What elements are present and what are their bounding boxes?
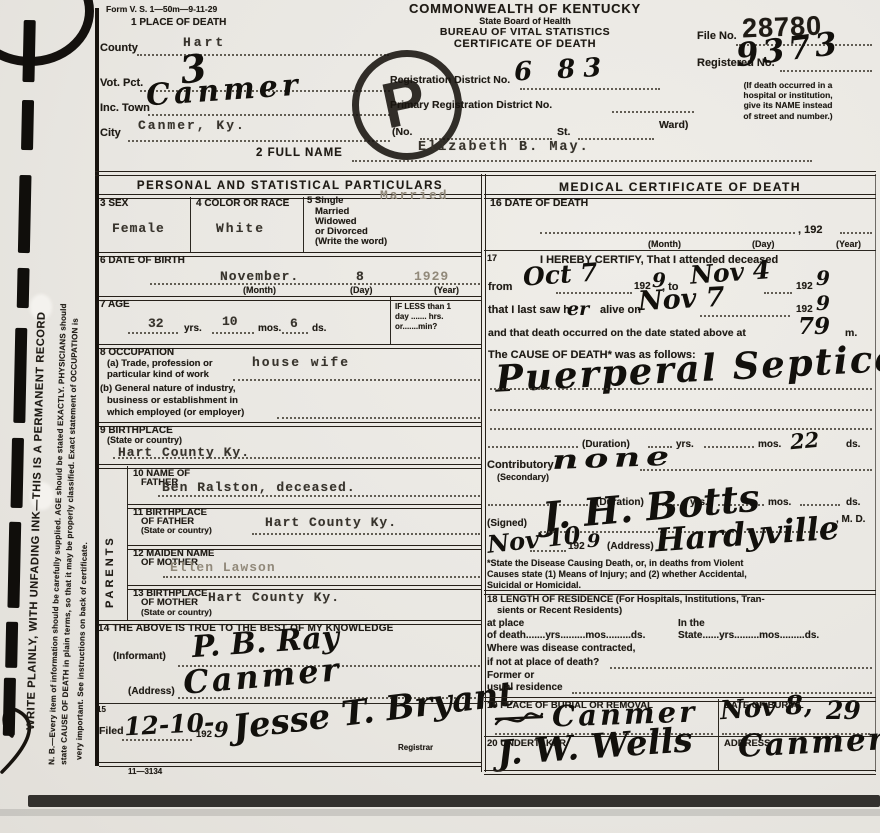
scan-corner-tear	[0, 0, 94, 66]
hospital-note-line: of street and number.)	[702, 111, 874, 121]
last-saw-value: Nov 7	[637, 284, 725, 315]
dotted-line	[113, 457, 480, 459]
dotted-line	[122, 739, 192, 741]
from-label: from	[488, 282, 512, 293]
city-value: Canmer, Ky.	[138, 119, 246, 132]
dob-day-value: 8	[356, 270, 364, 283]
hospital-note: (If death occurred in a hospital or inst…	[702, 80, 874, 121]
parents-divider	[127, 466, 128, 621]
dob-year-value: 1929	[414, 270, 449, 283]
year-prefix: 192	[568, 542, 585, 552]
saw-year-value: 9	[816, 293, 830, 313]
death-hour-value: 79	[798, 315, 830, 338]
dotted-line	[252, 533, 480, 535]
mother-birthplace-label: (State or country)	[141, 608, 212, 617]
residence-label: 18 LENGTH OF RESIDENCE (For Hospitals, I…	[487, 595, 765, 605]
signed-address-label: (Address)	[607, 542, 654, 552]
filed-year-prefix: 192	[196, 730, 212, 740]
section-border	[99, 296, 481, 301]
alive-on-label: alive on	[600, 305, 641, 316]
agency-header: COMMONWEALTH OF KENTUCKY State Board of …	[360, 2, 690, 50]
occupation-a-label: (a) Trade, profession or	[107, 359, 213, 369]
cell-divider	[390, 297, 391, 345]
sex-label: 3 SEX	[100, 199, 128, 209]
dotted-line	[840, 232, 872, 234]
registration-district-value: 6 83	[513, 55, 610, 86]
age-days-value: 6	[290, 317, 298, 330]
ward-label: Ward)	[659, 120, 688, 131]
father-name-value: Ben Ralston, deceased.	[162, 481, 356, 494]
dotted-line	[128, 332, 178, 334]
form-number: Form V. S. 1—50m—9-11-29	[106, 5, 217, 14]
age-label: 7 AGE	[100, 300, 130, 310]
scratched-word	[494, 706, 544, 732]
scan-bottom-shadow	[0, 809, 880, 816]
secondary-label: (Secondary)	[497, 473, 549, 482]
city-label: City	[100, 128, 121, 139]
dod-year-prefix: , 192	[798, 225, 822, 236]
hospital-note-line: (If death occurred in a	[702, 80, 874, 90]
hospital-note-line: give its NAME instead	[702, 100, 874, 110]
occupation-value: house wife	[252, 356, 350, 369]
mos-label: mos.	[758, 440, 781, 450]
dob-label: 6 DATE OF BIRTH	[100, 256, 185, 266]
full-name-label: 2 FULL NAME	[256, 148, 343, 160]
cell-divider	[303, 197, 304, 252]
duration-days-value: 22	[789, 429, 820, 452]
section-border	[484, 250, 876, 251]
item-15-number: 15	[97, 706, 106, 714]
age-years-value: 32	[148, 317, 164, 330]
mos-label: mos.	[258, 324, 281, 334]
marital-value: Married	[380, 189, 449, 202]
form-left-bar	[95, 8, 99, 766]
cell-divider	[190, 197, 191, 252]
mother-name-value: Ellen Lawson	[170, 561, 276, 574]
dotted-line	[612, 111, 694, 113]
medical-certificate-title: MEDICAL CERTIFICATE OF DEATH	[485, 181, 875, 193]
ds-label: ds.	[312, 324, 326, 334]
contributory-label: Contributory	[487, 460, 554, 471]
to-year-value: 9	[816, 268, 830, 288]
filed-label: Filed	[99, 726, 124, 737]
marital-options: 5 Single	[307, 196, 343, 206]
father-birthplace-value: Hart County Ky.	[265, 516, 397, 529]
where-contracted-label: Where was disease contracted,	[487, 644, 635, 654]
filed-year-value: 9	[214, 719, 229, 740]
dotted-line	[282, 332, 308, 334]
residence-label: sients or Recent Residents)	[497, 606, 622, 616]
occupation-b-label: (b) General nature of industry,	[100, 384, 235, 394]
dotted-line	[700, 315, 790, 317]
occupation-b-label: which employed (or employer)	[107, 408, 244, 418]
if-less-note: IF LESS than 1	[395, 303, 451, 311]
informant-address-label: (Address)	[128, 687, 175, 697]
sex-value: Female	[112, 222, 165, 235]
commonwealth-title: COMMONWEALTH OF KENTUCKY	[360, 2, 690, 15]
age-months-value: 10	[222, 315, 238, 328]
dotted-line	[780, 70, 872, 72]
occupation-label: 8 OCCUPATION	[100, 348, 174, 358]
dotted-line	[764, 292, 792, 294]
inc-town-value: Canmer	[145, 71, 302, 112]
dotted-line	[640, 469, 872, 471]
dotted-line	[610, 667, 872, 669]
dob-month-value: November.	[220, 270, 299, 283]
place-of-death-label: 1 PLACE OF DEATH	[131, 18, 226, 28]
item-17-number: 17	[487, 254, 497, 263]
burial-year-value: 29	[826, 698, 861, 723]
full-name-value: Elizabeth B. May.	[418, 141, 590, 155]
registrar-label: Registrar	[398, 744, 433, 752]
parents-label: PARENTS	[105, 488, 116, 608]
day-caption: (Day)	[350, 286, 373, 295]
form-right-edge	[875, 174, 876, 772]
section-border	[484, 770, 876, 775]
dotted-line	[572, 692, 872, 694]
scan-bottom-bar	[28, 795, 880, 807]
cause-footnote: Causes state (1) Means of Injury; and (2…	[487, 570, 747, 579]
if-not-label: if not at place of death?	[487, 658, 599, 668]
dotted-line	[150, 283, 480, 285]
year-caption: (Year)	[836, 240, 861, 249]
dotted-line	[277, 417, 480, 419]
dotted-line	[490, 388, 872, 390]
race-value: White	[216, 222, 265, 235]
year-prefix: 192	[796, 282, 813, 292]
bureau-title: BUREAU OF VITAL STATISTICS	[360, 27, 690, 38]
dotted-line	[233, 379, 480, 381]
dotted-line	[704, 446, 754, 448]
dotted-line	[158, 495, 480, 497]
dotted-line	[530, 550, 566, 552]
dotted-line	[352, 160, 812, 162]
death-certificate-scan: WRITE PLAINLY, WITH UNFADING INK—THIS IS…	[0, 0, 880, 833]
registered-no-value: 9373	[734, 27, 842, 72]
dotted-line	[540, 232, 795, 234]
undertaker-address-value: Canmer	[737, 724, 880, 763]
mother-birthplace-value: Hart County Ky.	[208, 591, 340, 604]
board-title: State Board of Health	[360, 17, 690, 26]
month-caption: (Month)	[648, 240, 681, 249]
md-label: , M. D.	[836, 515, 865, 525]
yrs-label: yrs.	[184, 324, 202, 334]
father-birthplace-label: (State or country)	[141, 526, 212, 535]
county-label: County	[100, 43, 138, 54]
cause-footnote: Suicidal or Homicidal.	[487, 581, 581, 590]
last-saw-label: that I last saw h	[488, 305, 570, 316]
year-caption: (Year)	[434, 286, 459, 295]
date-of-death-label: 16 DATE OF DEATH	[490, 198, 588, 209]
ds-label: ds.	[846, 498, 860, 508]
of-death-line: of death.......yrs.........mos.........d…	[487, 631, 645, 641]
dotted-line	[212, 332, 254, 334]
dotted-line	[137, 54, 389, 56]
dotted-line	[556, 292, 632, 294]
day-caption: (Day)	[752, 240, 775, 249]
if-less-note: day ....... hrs.	[395, 313, 443, 321]
mos-label: mos.	[768, 498, 791, 508]
ds-label: ds.	[846, 440, 860, 450]
occupation-a-label: particular kind of work	[107, 370, 209, 380]
dotted-line	[163, 576, 480, 578]
dotted-line	[800, 504, 840, 506]
file-no-label: File No.	[697, 31, 737, 42]
dotted-line	[520, 88, 660, 90]
informant-label: (Informant)	[113, 652, 166, 662]
usual-residence-label: usual residence	[487, 683, 563, 693]
form-print-code: 11—3134	[128, 768, 162, 776]
certificate-title: CERTIFICATE OF DEATH	[360, 39, 690, 50]
p-stamp-letter: P	[375, 62, 432, 143]
marital-options: (Write the word)	[315, 237, 387, 247]
cell-divider	[718, 699, 719, 771]
if-less-note: or.......min?	[395, 323, 437, 331]
month-caption: (Month)	[243, 286, 276, 295]
former-label: Former or	[487, 671, 534, 681]
her-insert: er	[567, 300, 589, 319]
at-place-label: at place	[487, 619, 524, 629]
vot-pct-label: Vot. Pct.	[100, 78, 143, 89]
dotted-line	[128, 140, 390, 142]
in-the-label: In the	[678, 619, 705, 629]
dotted-line	[490, 409, 872, 411]
burial-date-value: Nov 8,	[719, 692, 813, 724]
attended-from-value: Oct 7	[522, 259, 598, 289]
death-occurred-label: and that death occurred on the date stat…	[488, 328, 746, 339]
cause-footnote: *State the Disease Causing Death, or, in…	[487, 559, 743, 568]
state-line: State......yrs.........mos.........ds.	[678, 631, 819, 641]
margin-nb-line3: very important. See instructions on back…	[75, 330, 94, 760]
birthplace-sub-label: (State or country)	[107, 436, 182, 445]
street-label: St.	[557, 127, 570, 138]
occupation-b-label: business or establishment in	[107, 396, 238, 406]
yrs-label: yrs.	[676, 440, 694, 450]
inc-town-label: Inc. Town	[100, 103, 150, 114]
race-label: 4 COLOR OR RACE	[196, 199, 289, 209]
hospital-note-line: hospital or institution,	[702, 90, 874, 100]
signed-year-value: 9	[587, 532, 600, 551]
